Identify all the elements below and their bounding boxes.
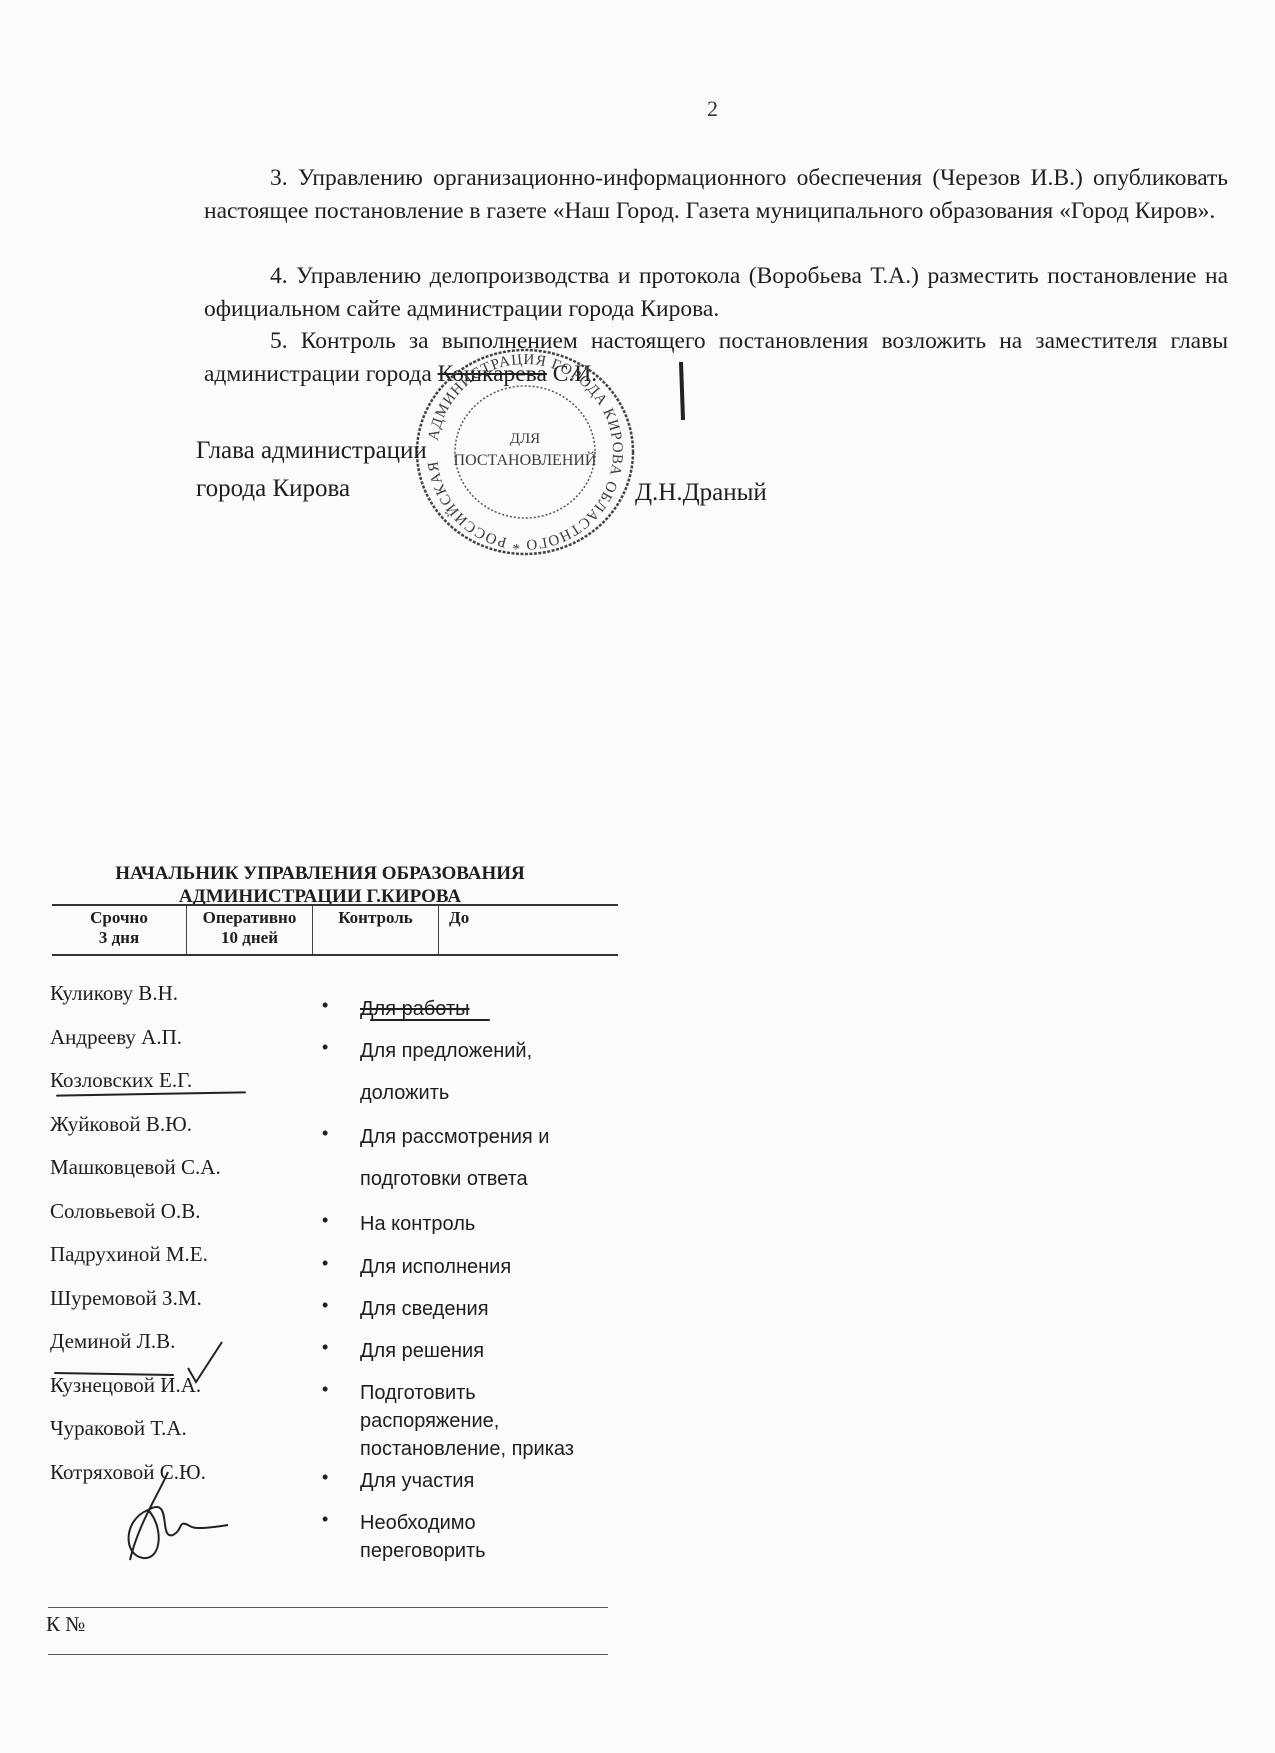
action-label: Необходимопереговорить <box>360 1509 486 1565</box>
bullet-icon: • <box>322 1210 328 1231</box>
paragraph-text: Управлению делопроизводства и протокола … <box>204 263 1228 322</box>
action-label: Для предложений,доложить <box>360 1037 532 1107</box>
action-label: Для рассмотрения иподготовки ответа <box>360 1123 549 1193</box>
resolution-header: НАЧАЛЬНИК УПРАВЛЕНИЯ ОБРАЗОВАНИЯ АДМИНИС… <box>40 862 600 908</box>
signature-title-line2: города Кирова <box>196 470 427 508</box>
recipient-name: Падрухиной М.Е. <box>50 1239 221 1283</box>
paragraph-text: Управлению организационно-информационног… <box>204 165 1228 224</box>
divider <box>48 1607 608 1608</box>
checkmark-icon <box>186 1340 226 1388</box>
action-label: Для участия <box>360 1467 474 1495</box>
cell-line1: Срочно <box>52 908 186 928</box>
svg-text:АДМИНИСТРАЦИЯ ГОРОДА КИРОВА ОБ: АДМИНИСТРАЦИЯ ГОРОДА КИРОВА ОБЛАСТНОГО *… <box>410 345 625 552</box>
stamp-center-line1: ДЛЯ <box>510 431 540 447</box>
cell-line1: До <box>449 908 618 928</box>
divider <box>48 1654 608 1655</box>
paragraph-number: 5. <box>270 328 288 354</box>
recipient-name: Андрееву А.П. <box>50 1022 221 1066</box>
action-label: Для решения <box>360 1337 484 1365</box>
cell-line2: 3 дня <box>52 928 186 948</box>
resolution-deadline-table: Срочно3 дня Оперативно10 дней Контроль Д… <box>52 904 618 956</box>
cell-line2: 10 дней <box>187 928 312 948</box>
reference-number-label: К № <box>46 1612 85 1637</box>
recipient-name: Куликову В.Н. <box>50 978 221 1022</box>
cell-line1: Контроль <box>313 908 438 928</box>
bullet-icon: • <box>322 1253 328 1274</box>
paragraph-number: 4. <box>270 263 288 289</box>
paragraph-4: 4. Управлению делопроизводства и протоко… <box>204 260 1228 326</box>
signature-title-line1: Глава администрации <box>196 432 427 470</box>
recipient-name: Козловских Е.Г. <box>50 1065 221 1109</box>
official-stamp-icon: АДМИНИСТРАЦИЯ ГОРОДА КИРОВА ОБЛАСТНОГО *… <box>410 345 640 560</box>
deadline-cell-until: До <box>439 906 618 954</box>
bullet-icon: • <box>322 1123 328 1144</box>
handwritten-signature-icon <box>118 1470 238 1570</box>
bullet-icon: • <box>322 1295 328 1316</box>
bullet-icon: • <box>322 1337 328 1358</box>
bullet-icon: • <box>322 1509 328 1530</box>
bullet-icon: • <box>322 995 328 1016</box>
stamp-ring-text: АДМИНИСТРАЦИЯ ГОРОДА КИРОВА ОБЛАСТНОГО *… <box>410 345 625 552</box>
paragraph-text: Контроль за выполнением настоящего поста… <box>204 328 1228 387</box>
stamp-center-line2: ПОСТАНОВЛЕНИЙ <box>454 450 597 469</box>
bullet-icon: • <box>322 1379 328 1400</box>
bullet-icon: • <box>322 1037 328 1058</box>
page-number: 2 <box>707 96 718 122</box>
recipient-list: Куликову В.Н.Андрееву А.П.Козловских Е.Г… <box>50 978 221 1500</box>
paragraph-5: 5. Контроль за выполнением настоящего по… <box>204 325 1228 391</box>
signature-title: Глава администрации города Кирова <box>196 432 427 508</box>
action-label: Для исполнения <box>360 1253 511 1281</box>
recipient-name: Шуремовой З.М. <box>50 1283 221 1327</box>
action-label: Подготовитьраспоряжение,постановление, п… <box>360 1379 574 1463</box>
deadline-cell-urgent: Срочно3 дня <box>52 906 187 954</box>
action-label: Для сведения <box>360 1295 489 1323</box>
recipient-name: Жуйковой В.Ю. <box>50 1109 221 1153</box>
cell-line1: Оперативно <box>187 908 312 928</box>
bullet-icon: • <box>322 1467 328 1488</box>
recipient-name: Чураковой Т.А. <box>50 1413 221 1457</box>
signatory-name: Д.Н.Драный <box>635 479 767 507</box>
ink-underline <box>370 1019 490 1021</box>
resolution-header-line1: НАЧАЛЬНИК УПРАВЛЕНИЯ ОБРАЗОВАНИЯ <box>40 862 600 885</box>
paragraph-number: 3. <box>270 165 288 191</box>
paragraph-3: 3. Управлению организационно-информацион… <box>204 162 1228 228</box>
deadline-cell-operative: Оперативно10 дней <box>187 906 313 954</box>
recipient-name: Машковцевой С.А. <box>50 1152 221 1196</box>
action-label: На контроль <box>360 1210 475 1238</box>
deadline-cell-control: Контроль <box>313 906 439 954</box>
recipient-name: Соловьевой О.В. <box>50 1196 221 1240</box>
